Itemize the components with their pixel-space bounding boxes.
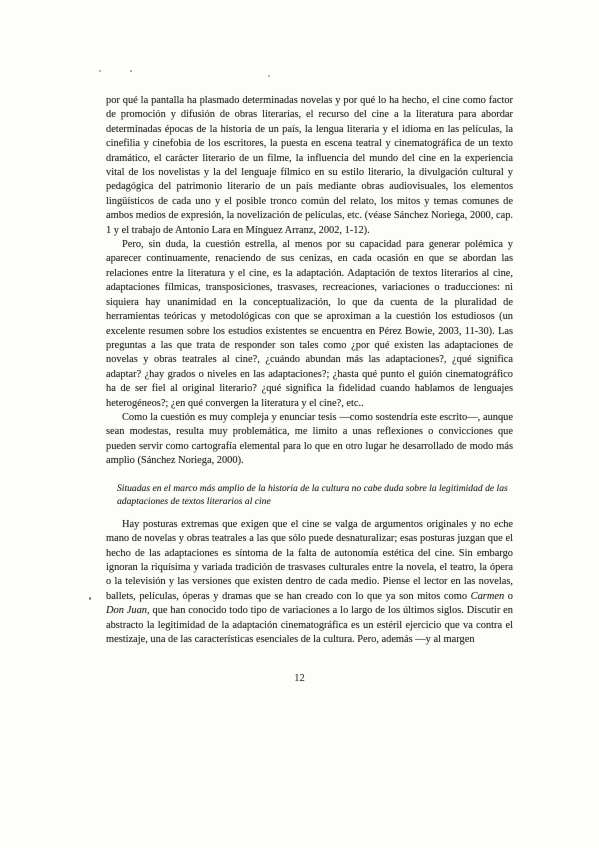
- page-text-block: por qué la pantalla ha plasmado determin…: [106, 94, 513, 647]
- scan-speck: [99, 70, 101, 72]
- page-number: 12: [0, 673, 599, 684]
- scan-speck: [130, 70, 132, 72]
- scan-speck: [89, 597, 91, 600]
- section-heading: Situadas en el marco más amplio de la hi…: [117, 482, 513, 509]
- scan-speck: [268, 75, 270, 77]
- paragraph-text: Hay posturas extremas que exigen que el …: [106, 519, 513, 602]
- work-title: Don Juan: [106, 605, 147, 616]
- scanned-document-page: por qué la pantalla ha plasmado determin…: [0, 0, 599, 848]
- paragraph: Como la cuestión es muy compleja y enunc…: [106, 411, 513, 469]
- work-title: Carmen: [471, 591, 504, 602]
- paragraph: Hay posturas extremas que exigen que el …: [106, 518, 513, 648]
- paragraph-text: , que han conocido todo tipo de variacio…: [106, 605, 513, 645]
- paragraph: Pero, sin duda, la cuestión estrella, al…: [106, 238, 513, 411]
- paragraph-text: o: [504, 591, 513, 602]
- paragraph-continuation: por qué la pantalla ha plasmado determin…: [106, 94, 513, 238]
